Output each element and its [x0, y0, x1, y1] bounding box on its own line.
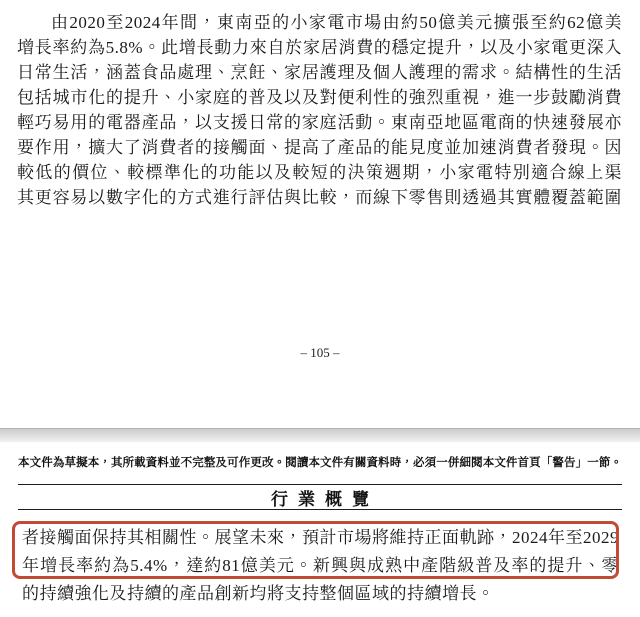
- paragraph-line: 日常生活，涵蓋食品處理、烹飪、家居護理及個人護理的需求。結構性的生活方式改變，: [17, 60, 622, 85]
- paragraph-line: 較低的價位、較標準化的功能以及較短的決策週期，小家電特別適合線上渠道，使得: [17, 160, 622, 185]
- paragraph-line: 由2020至2024年間，東南亞的小家電市場由約50億美元擴張至約62億美元，複…: [17, 10, 622, 35]
- paragraph-line: 年增長率約為5.4%，達約81億美元。新興與成熟中產階級普及率的提升、零售基礎設…: [22, 552, 619, 580]
- paragraph-line: 增長率約為5.8%。此增長動力來自於家居消費的穩定提升，以及小家電更深入地融入: [17, 35, 622, 60]
- section-heading: 行業概覽: [0, 491, 640, 508]
- market-overview-paragraph: 由2020至2024年間，東南亞的小家電市場由約50億美元擴張至約62億美元，複…: [17, 10, 622, 210]
- document-page: 由2020至2024年間，東南亞的小家電市場由約50億美元擴張至約62億美元，複…: [0, 0, 640, 617]
- draft-disclaimer: 本文件為草擬本，其所載資料並不完整及可作更改。閱讀本文件有關資料時，必須一併細閱…: [18, 455, 622, 472]
- paragraph-line: 輕巧易用的電器產品，以支援日常的家庭活動。東南亞地區電商的快速發展亦發揮重: [17, 110, 622, 135]
- paragraph-line: 要作用，擴大了消費者的接觸面、提高了產品的能見度並加速消費者發現。因其相對: [17, 135, 622, 160]
- page-number: – 105 –: [0, 346, 640, 359]
- page-divider-bar: [0, 428, 640, 442]
- paragraph-line: 包括城市化的提升、小家庭的普及以及對便利性的強烈重視，進一步鼓勵消費者採用: [17, 85, 622, 110]
- paragraph-line: 的持續強化及持續的產品創新均將支持整個區域的持續增長。: [22, 580, 619, 608]
- paragraph-line: 者接觸面保持其相關性。展望未來，預計市場將維持正面軌跡，2024年至2029年的…: [22, 524, 619, 552]
- divider-line: [18, 484, 622, 485]
- outlook-paragraph: 者接觸面保持其相關性。展望未來，預計市場將維持正面軌跡，2024年至2029年的…: [22, 524, 619, 608]
- paragraph-line: 其更容易以數字化的方式進行評估與比較，而線下零售則透過其實體覆蓋範圍及消費: [17, 185, 622, 210]
- divider-line: [18, 509, 622, 510]
